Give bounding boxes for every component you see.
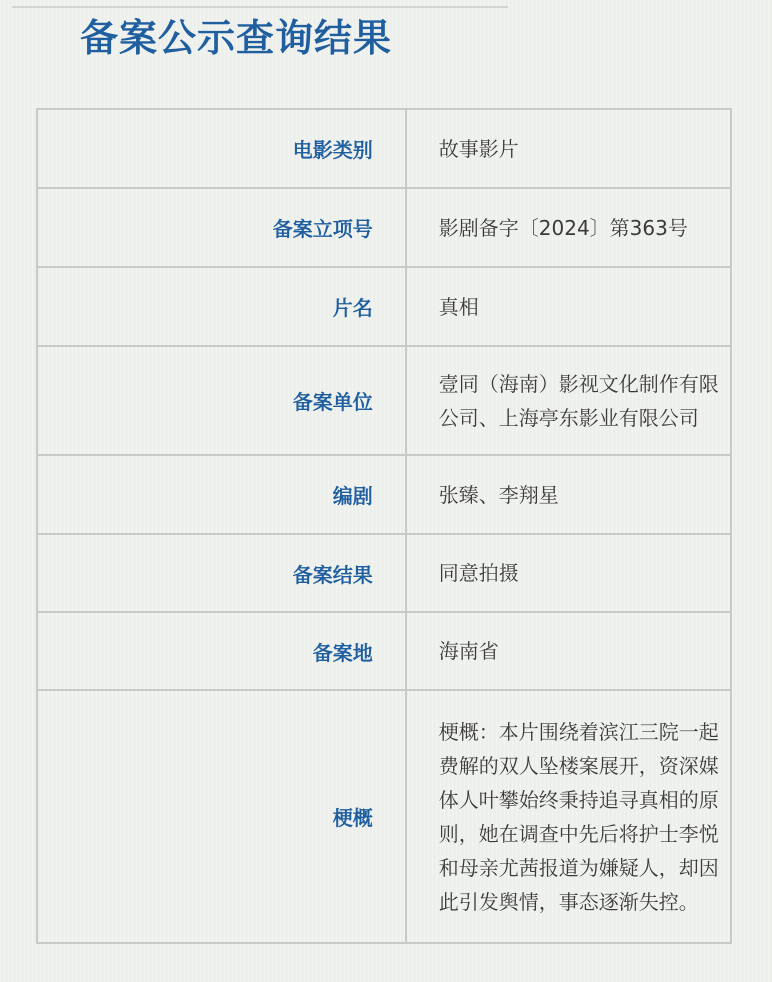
table-row-filing-location: 备案地 海南省 xyxy=(37,612,731,690)
row-label: 备案地 xyxy=(37,612,406,690)
table-row-screenwriter: 编剧 张臻、李翔星 xyxy=(37,455,731,534)
row-value: 海南省 xyxy=(406,612,731,690)
row-label: 电影类别 xyxy=(37,109,406,188)
row-label: 片名 xyxy=(37,267,406,346)
row-value: 影剧备字〔2024〕第363号 xyxy=(406,188,731,267)
row-label: 梗概 xyxy=(37,690,406,943)
table-row-film-title: 片名 真相 xyxy=(37,267,731,346)
table-row-filing-number: 备案立项号 影剧备字〔2024〕第363号 xyxy=(37,188,731,267)
row-value: 真相 xyxy=(406,267,731,346)
page-title: 备案公示查询结果 xyxy=(80,14,392,62)
row-label: 编剧 xyxy=(37,455,406,534)
row-value: 壹同（海南）影视文化制作有限公司、上海亭东影业有限公司 xyxy=(406,346,731,455)
table-row-filing-company: 备案单位 壹同（海南）影视文化制作有限公司、上海亭东影业有限公司 xyxy=(37,346,731,455)
row-value: 梗概：本片围绕着滨江三院一起费解的双人坠楼案展开，资深媒体人叶攀始终秉持追寻真相… xyxy=(406,690,731,943)
table-row-synopsis: 梗概 梗概：本片围绕着滨江三院一起费解的双人坠楼案展开，资深媒体人叶攀始终秉持追… xyxy=(37,690,731,943)
row-value: 同意拍摄 xyxy=(406,534,731,612)
row-value: 张臻、李翔星 xyxy=(406,455,731,534)
table-row-filing-result: 备案结果 同意拍摄 xyxy=(37,534,731,612)
row-label: 备案结果 xyxy=(37,534,406,612)
row-label: 备案立项号 xyxy=(37,188,406,267)
filing-record-table: 电影类别 故事影片 备案立项号 影剧备字〔2024〕第363号 片名 真相 备案… xyxy=(36,108,732,944)
table-row-film-category: 电影类别 故事影片 xyxy=(37,109,731,188)
row-label: 备案单位 xyxy=(37,346,406,455)
top-divider xyxy=(12,6,508,8)
row-value: 故事影片 xyxy=(406,109,731,188)
